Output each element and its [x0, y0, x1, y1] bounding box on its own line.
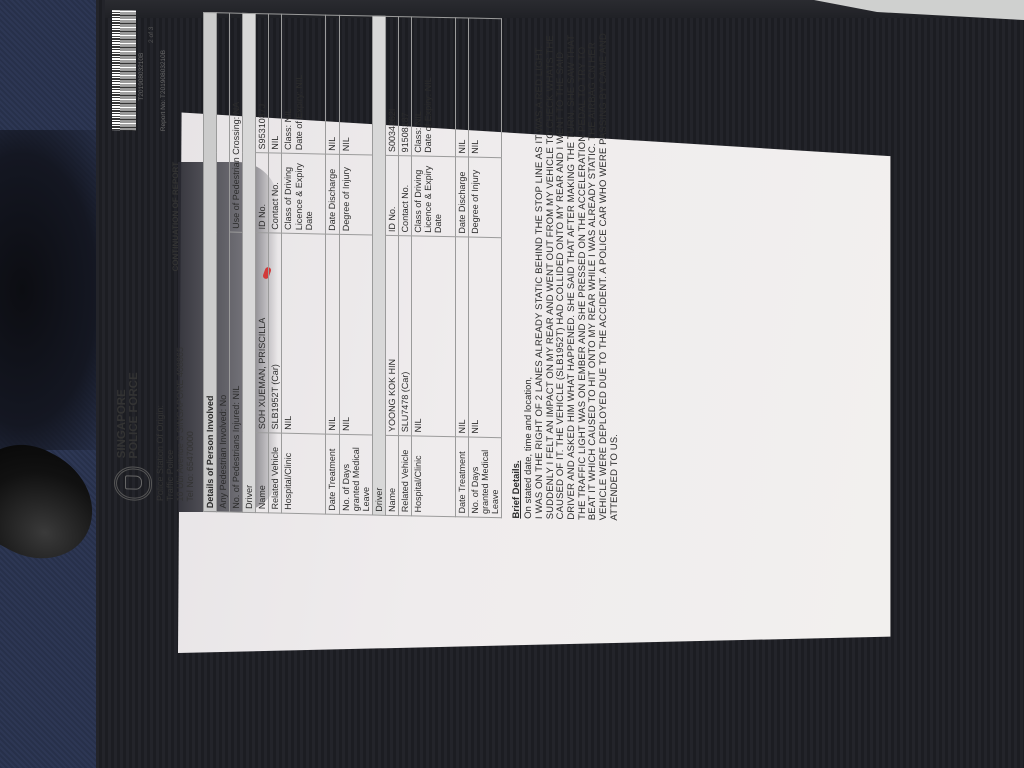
floor-shadow — [0, 130, 110, 450]
pedestrian-involved: Any Pedestrian Involved: No — [217, 13, 230, 512]
brief-body: I WAS ON THE RIGHT OF 2 LANES ALREADY ST… — [535, 19, 621, 521]
document-title: CONTINUATION OF REPORT — [172, 162, 181, 272]
police-crest-icon — [114, 466, 152, 501]
table-row: Related Vehicle SLU7478 (Car) Contact No… — [398, 17, 411, 516]
driver-name: YOONG KOK HIN — [385, 235, 398, 435]
driver-contact: NIL — [269, 14, 282, 153]
table-row: Date Treatment NIL Date Discharge NIL — [456, 18, 469, 517]
table-row: No. of Days granted Medical Leave NIL De… — [339, 15, 372, 515]
table-row: Date Treatment NIL Date Discharge NIL — [326, 15, 339, 514]
driver-vehicle: SLU7478 (Car) — [398, 236, 411, 436]
driver-id: S0034262I — [385, 16, 398, 155]
table-row: Name YOONG KOK HIN ID No. S0034262I — [385, 16, 398, 515]
section-title: Details of Person Involved — [204, 13, 217, 512]
barcode-number: T20190803210B — [138, 53, 145, 101]
mc-days: NIL — [469, 237, 502, 438]
mc-days: NIL — [339, 234, 372, 435]
driver-licence: Class: NIL Date of Expiry: NIL — [282, 14, 326, 154]
driver-hospital: NIL — [282, 233, 326, 434]
driver-contact: 91508187 — [398, 17, 411, 156]
date-treatment: NIL — [326, 234, 339, 434]
page-indicator: 2 of 3 — [148, 27, 155, 43]
station-info: Police Station Of Origin: Traffic Police… — [156, 347, 196, 502]
date-discharge: NIL — [326, 15, 339, 154]
table-row: No. of Days granted Medical Leave NIL De… — [469, 18, 502, 518]
driver-licence: Class: NIL Date of Expiry: NIL — [412, 17, 456, 157]
table-row: Related Vehicle SLB1952T (Car) Contact N… — [269, 14, 282, 513]
report-header: SINGAPORE POLICE FORCE Police Station Of… — [108, 0, 203, 522]
persons-involved-table: Details of Person Involved Any Pedestria… — [203, 12, 502, 518]
driver-id: S9531037J — [256, 14, 269, 153]
pedestrian-crossing: Use of Pedestrian Crossing: NA — [230, 13, 243, 232]
report-number: Report No: T20190803210B — [160, 50, 167, 131]
driver-name: SOH XUEMAN, PRISCILLA — [256, 233, 269, 433]
driver-vehicle: SLB1952T (Car) — [269, 233, 282, 433]
date-treatment: NIL — [456, 237, 469, 437]
table-row: Hospital/Clinic NIL Class of Driving Lic… — [282, 14, 326, 514]
driver-hospital: NIL — [412, 236, 456, 437]
degree-injury: NIL — [469, 18, 502, 158]
driver-section-label: Driver — [243, 13, 256, 512]
brief-heading: Brief Details. — [512, 18, 523, 518]
driver-section-label: Driver — [372, 16, 385, 515]
pedestrians-injured: No. of Pedestrians Injured: NIL — [230, 232, 243, 512]
table-row: Name SOH XUEMAN, PRISCILLA ID No. S95310… — [256, 14, 269, 513]
report-page: SINGAPORE POLICE FORCE Police Station Of… — [108, 0, 808, 535]
date-discharge: NIL — [456, 18, 469, 157]
organization-name: SINGAPORE POLICE FORCE — [116, 372, 140, 459]
brief-details: Brief Details. On stated date, time and … — [512, 18, 620, 520]
table-row: Hospital/Clinic NIL Class of Driving Lic… — [412, 17, 456, 517]
degree-injury: NIL — [339, 15, 372, 155]
barcode — [112, 10, 136, 131]
